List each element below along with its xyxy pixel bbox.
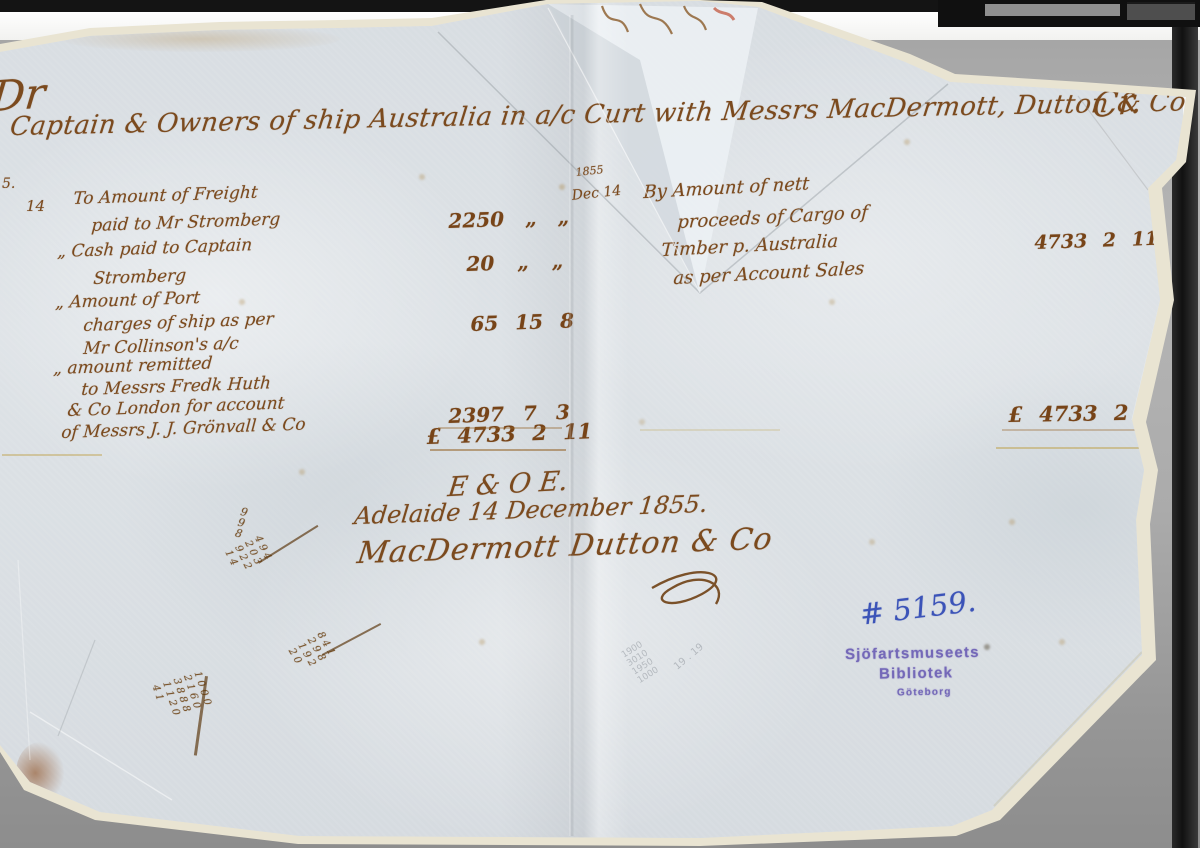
- scanner-hardware-block: [1127, 2, 1195, 20]
- scanner-background: Dr Captain & Owners of ship Australia in…: [0, 0, 1200, 848]
- scanner-hardware-block: [985, 4, 1120, 16]
- document-paper: Dr Captain & Owners of ship Australia in…: [0, 0, 1200, 848]
- crease-and-rule-overlay: [0, 0, 1200, 848]
